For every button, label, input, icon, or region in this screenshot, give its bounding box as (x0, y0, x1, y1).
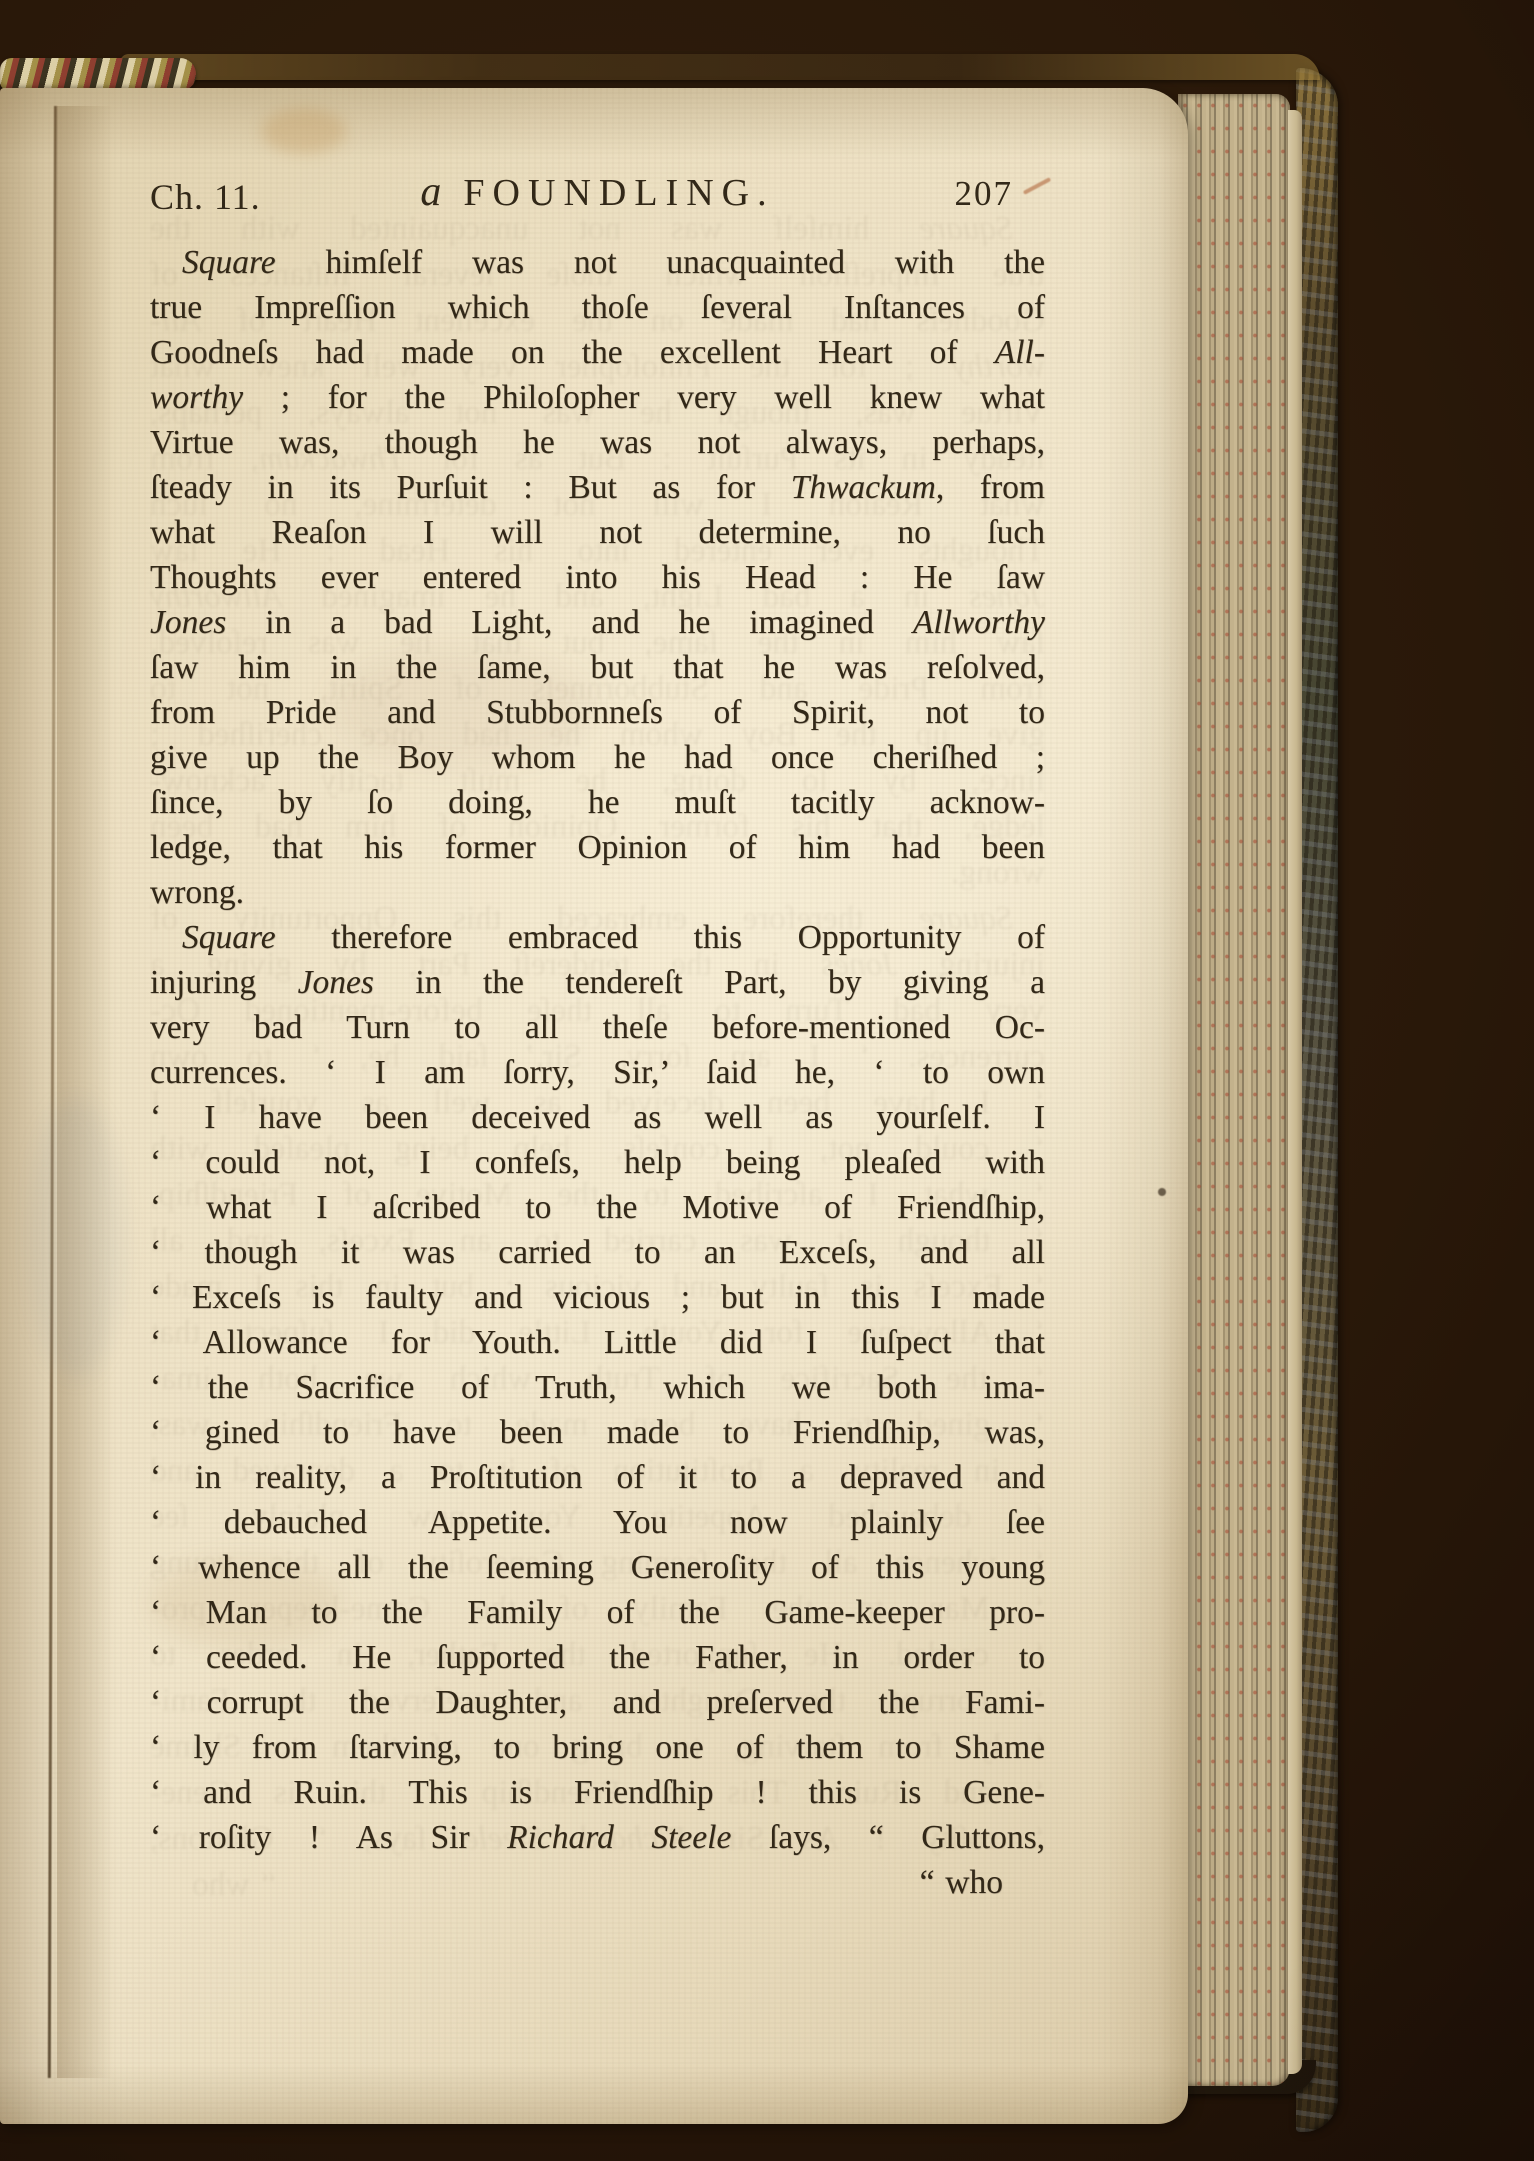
title-text: FOUNDLING. (463, 172, 774, 214)
text-line: from Pride and Stubbornneſs of Spirit, n… (150, 690, 1045, 735)
chapter-label: Ch. 11. (150, 176, 261, 218)
body-text: Square himſelf was not unacquainted with… (150, 240, 1045, 1905)
text-line: ‘ ly from ſtarving, to bring one of them… (150, 1725, 1045, 1770)
text-line: ‘ roſity ! As Sir Richard Steele ſays, “… (150, 1815, 1045, 1860)
text-line: ‘ I have been deceived as well as yourſe… (150, 1095, 1045, 1140)
text-line: Square therefore embraced this Opportuni… (150, 915, 1045, 960)
text-line: ‘ what I aſcribed to the Motive of Frien… (150, 1185, 1045, 1230)
text-line: give up the Boy whom he had once cheriſh… (150, 735, 1045, 780)
book-cover-top-edge (120, 54, 1320, 80)
book-cover-fore-edge (1296, 68, 1338, 2132)
book: Square himſelf was not unacquainted with… (0, 54, 1342, 2106)
text-line: ſaw him in the ſame, but that he was reſ… (150, 645, 1045, 690)
printed-content: Ch. 11. aFOUNDLING. 207 Square himſelf w… (0, 88, 1188, 2124)
page-stack-fore-edge (1178, 94, 1290, 2086)
spine-headband (0, 58, 196, 90)
text-line: Goodneſs had made on the excellent Heart… (150, 330, 1045, 375)
text-line: wrong. (150, 870, 1045, 915)
text-line: ‘ gined to have been made to Friendſhip,… (150, 1410, 1045, 1455)
text-line: Square himſelf was not unacquainted with… (150, 240, 1045, 285)
text-line: ‘ and Ruin. This is Friendſhip ! this is… (150, 1770, 1045, 1815)
text-line: ‘ though it was carried to an Exceſs, an… (150, 1230, 1045, 1275)
text-line: Virtue was, though he was not always, pe… (150, 420, 1045, 465)
title-article: a (420, 169, 441, 215)
text-line: injuring Jones in the tendereſt Part, by… (150, 960, 1045, 1005)
text-line: ſteady in its Purſuit : But as for Thwac… (150, 465, 1045, 510)
text-line: what Reaſon I will not determine, no ſuc… (150, 510, 1045, 555)
text-line: true Impreſſion which thoſe ſeveral Inſt… (150, 285, 1045, 330)
text-line: ‘ whence all the ſeeming Generoſity of t… (150, 1545, 1045, 1590)
text-line: ‘ ceeded. He ſupported the Father, in or… (150, 1635, 1045, 1680)
text-line: very bad Turn to all theſe before-mentio… (150, 1005, 1045, 1050)
book-page: Square himſelf was not unacquainted with… (0, 88, 1188, 2124)
text-line: ‘ could not, I confeſs, help being pleaſ… (150, 1140, 1045, 1185)
text-line: ‘ Exceſs is faulty and vicious ; but in … (150, 1275, 1045, 1320)
text-line: Thoughts ever entered into his Head : He… (150, 555, 1045, 600)
protruding-leaf-edge (1288, 110, 1302, 2074)
text-line: ‘ corrupt the Daughter, and preſerved th… (150, 1680, 1045, 1725)
page-number: 207 (955, 174, 1014, 214)
text-line: worthy ; for the Philoſopher very well k… (150, 375, 1045, 420)
text-line: “ who (150, 1860, 1045, 1905)
text-line: ‘ Allowance for Youth. Little did I ſuſp… (150, 1320, 1045, 1365)
text-line: ‘ Man to the Family of the Game-keeper p… (150, 1590, 1045, 1635)
text-line: ‘ in reality, a Proſtitution of it to a … (150, 1455, 1045, 1500)
text-line: ‘ debauched Appetite. You now plainly ſe… (150, 1500, 1045, 1545)
text-line: ‘ the Sacrifice of Truth, which we both … (150, 1365, 1045, 1410)
text-line: currences. ‘ I am ſorry, Sir,’ ſaid he, … (150, 1050, 1045, 1095)
running-title: aFOUNDLING. (420, 168, 774, 216)
photo-background: Square himſelf was not unacquainted with… (0, 0, 1534, 2161)
text-line: Jones in a bad Light, and he imagined Al… (150, 600, 1045, 645)
text-line: ledge, that his former Opinion of him ha… (150, 825, 1045, 870)
text-line: ſince, by ſo doing, he muſt tacitly ackn… (150, 780, 1045, 825)
running-header: Ch. 11. aFOUNDLING. 207 (150, 168, 1045, 224)
